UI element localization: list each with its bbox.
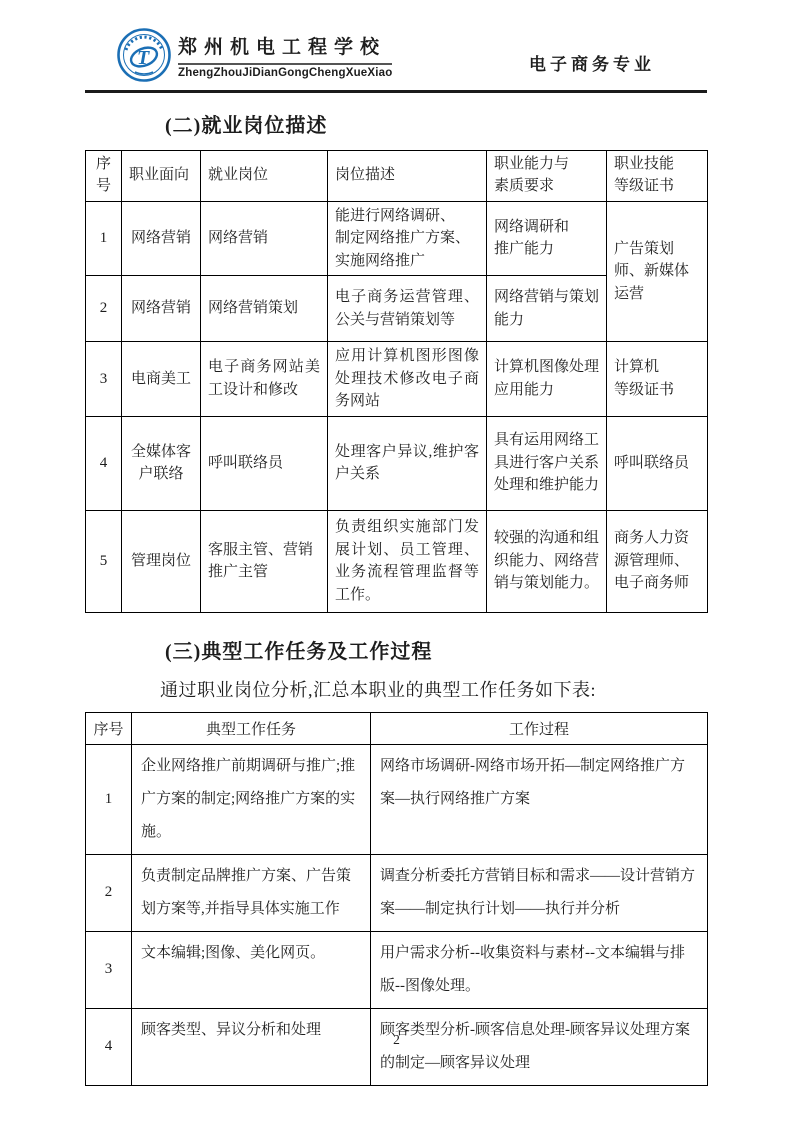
- table-row: 4 全媒体客户联络 呼叫联络员 处理客户异议,维护客户关系 具有运用网络工具进行…: [86, 416, 708, 510]
- cell-no: 2: [86, 276, 122, 342]
- cell-no: 4: [86, 416, 122, 510]
- cell-desc: 负责组织实施部门发展计划、员工管理、业务流程管理监督等工作。: [328, 510, 487, 612]
- section-jobs-title: (二)就业岗位描述: [165, 109, 707, 138]
- school-name-block: 郑州机电工程学校 ZhengZhouJiDianGongChengXueXiao: [178, 32, 392, 79]
- cell-field: 全媒体客户联络: [122, 416, 201, 510]
- cell-desc: 处理客户异议,维护客户关系: [328, 416, 487, 510]
- tasks-col-no: 序号: [86, 712, 132, 744]
- section-tasks-title: (三)典型工作任务及工作过程: [165, 635, 707, 664]
- cell-post: 电子商务网站美工设计和修改: [201, 342, 328, 417]
- cell-no: 1: [86, 744, 132, 854]
- cell-no: 3: [86, 931, 132, 1008]
- tasks-col-process: 工作过程: [371, 712, 708, 744]
- school-name: 郑州机电工程学校: [178, 32, 392, 65]
- jobs-col-field: 职业面向: [122, 151, 201, 202]
- cell-ability: 计算机图像处理应用能力: [487, 342, 607, 417]
- cell-desc: 能进行网络调研、 制定网络推广方案、 实施网络推广: [328, 201, 487, 276]
- cell-desc: 应用计算机图形图像处理技术修改电子商务网站: [328, 342, 487, 417]
- page-number: 2: [0, 1032, 793, 1048]
- cell-post: 网络营销策划: [201, 276, 328, 342]
- table-row: 3 文本编辑;图像、美化网页。 用户需求分析--收集资料与素材--文本编辑与排版…: [86, 931, 708, 1008]
- cell-ability: 具有运用网络工具进行客户关系处理和维护能力: [487, 416, 607, 510]
- jobs-col-ability: 职业能力与 素质要求: [487, 151, 607, 202]
- cell-no: 5: [86, 510, 122, 612]
- cell-cert: 计算机 等级证书: [607, 342, 708, 417]
- cell-field: 电商美工: [122, 342, 201, 417]
- school-pinyin: ZhengZhouJiDianGongChengXueXiao: [178, 67, 392, 79]
- cell-task: 企业网络推广前期调研与推广;推广方案的制定;网络推广方案的实施。: [132, 744, 371, 854]
- jobs-table: 序号 职业面向 就业岗位 岗位描述 职业能力与 素质要求 职业技能 等级证书 1…: [85, 150, 708, 613]
- cell-ability: 网络营销与策划能力: [487, 276, 607, 342]
- cell-desc: 电子商务运营管理、公关与营销策划等: [328, 276, 487, 342]
- cell-no: 2: [86, 854, 132, 931]
- section-tasks-intro: 通过职业岗位分析,汇总本职业的典型工作任务如下表:: [160, 676, 707, 702]
- cell-ability: 较强的沟通和组织能力、网络营销与策划能力。: [487, 510, 607, 612]
- table-row: 1 企业网络推广前期调研与推广;推广方案的制定;网络推广方案的实施。 网络市场调…: [86, 744, 708, 854]
- jobs-col-no: 序号: [86, 151, 122, 202]
- table-row: 1 网络营销 网络营销 能进行网络调研、 制定网络推广方案、 实施网络推广 网络…: [86, 201, 708, 276]
- jobs-col-cert: 职业技能 等级证书: [607, 151, 708, 202]
- table-row: 3 电商美工 电子商务网站美工设计和修改 应用计算机图形图像处理技术修改电子商务…: [86, 342, 708, 417]
- cell-field: 网络营销: [122, 276, 201, 342]
- tasks-table-header-row: 序号 典型工作任务 工作过程: [86, 712, 708, 744]
- page-header: T 郑州机电工程学校 ZhengZhouJiDianGongChengXueXi…: [85, 28, 707, 93]
- cell-field: 网络营销: [122, 201, 201, 276]
- tasks-col-task: 典型工作任务: [132, 712, 371, 744]
- cell-process: 用户需求分析--收集资料与素材--文本编辑与排版--图像处理。: [371, 931, 708, 1008]
- cell-post: 呼叫联络员: [201, 416, 328, 510]
- cell-post: 客服主管、营销推广主管: [201, 510, 328, 612]
- jobs-col-post: 就业岗位: [201, 151, 328, 202]
- cell-ability: 网络调研和 推广能力: [487, 201, 607, 276]
- cell-cert-merged: 广告策划师、新媒体运营: [607, 201, 708, 342]
- cell-task: 负责制定品牌推广方案、广告策划方案等,并指导具体实施工作: [132, 854, 371, 931]
- school-badge-icon: T: [117, 28, 171, 82]
- table-row: 5 管理岗位 客服主管、营销推广主管 负责组织实施部门发展计划、员工管理、业务流…: [86, 510, 708, 612]
- tasks-table: 序号 典型工作任务 工作过程 1 企业网络推广前期调研与推广;推广方案的制定;网…: [85, 712, 708, 1086]
- jobs-col-desc: 岗位描述: [328, 151, 487, 202]
- cell-process: 网络市场调研-网络市场开拓—制定网络推广方案—执行网络推广方案: [371, 744, 708, 854]
- jobs-table-header-row: 序号 职业面向 就业岗位 岗位描述 职业能力与 素质要求 职业技能 等级证书: [86, 151, 708, 202]
- svg-text:T: T: [137, 47, 150, 69]
- cell-no: 1: [86, 201, 122, 276]
- page-content: T 郑州机电工程学校 ZhengZhouJiDianGongChengXueXi…: [85, 28, 707, 1086]
- program-name: 电子商务专业: [529, 50, 655, 75]
- cell-task: 文本编辑;图像、美化网页。: [132, 931, 371, 1008]
- cell-no: 3: [86, 342, 122, 417]
- cell-cert: 呼叫联络员: [607, 416, 708, 510]
- cell-cert: 商务人力资源管理师、电子商务师: [607, 510, 708, 612]
- cell-process: 调查分析委托方营销目标和需求——设计营销方案——制定执行计划——执行并分析: [371, 854, 708, 931]
- cell-field: 管理岗位: [122, 510, 201, 612]
- school-brand: T 郑州机电工程学校 ZhengZhouJiDianGongChengXueXi…: [117, 28, 392, 82]
- cell-post: 网络营销: [201, 201, 328, 276]
- table-row: 2 负责制定品牌推广方案、广告策划方案等,并指导具体实施工作 调查分析委托方营销…: [86, 854, 708, 931]
